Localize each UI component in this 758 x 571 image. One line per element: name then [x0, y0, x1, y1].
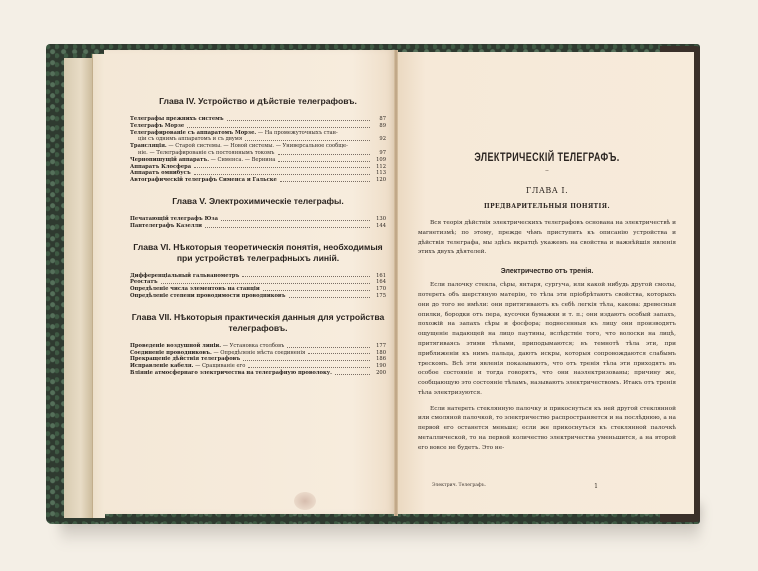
toc-page-number: 200 — [373, 370, 386, 377]
toc-entry-title: Опредѣленіе степени проводимости проводн… — [130, 293, 286, 300]
chapter-title: Глава V. Электрохимическіе телеграфы. — [130, 196, 386, 207]
dot-leader — [248, 367, 370, 368]
toc-entry: Телеграфы прежнихъ системъ87 — [130, 116, 386, 123]
toc-entry-title: ніе. — Телеграфированіе съ постояннымъ т… — [138, 150, 275, 157]
toc-entry: Пантелеграфъ Казелли144 — [130, 223, 386, 230]
toc-page-number: 87 — [373, 116, 386, 123]
toc-page-number: 164 — [373, 279, 386, 286]
toc-entry: Вліяніе атмосфернаго электричества на те… — [130, 370, 386, 377]
page-footer: Электрич. Телеграфъ. 1 — [432, 483, 678, 490]
toc-entry-subtopics: — Старой системы. — Новой системы. — Уни… — [167, 143, 348, 149]
toc-entry-main: Телеграфы прежнихъ системъ — [130, 116, 224, 122]
toc-entry: Дифференціальный гальванометръ161 — [130, 273, 386, 280]
dot-leader — [243, 360, 370, 361]
toc-entry-list: Телеграфы прежнихъ системъ87Телеграфъ Мо… — [130, 116, 386, 184]
dot-leader — [161, 283, 370, 284]
toc-page-number: 130 — [373, 216, 386, 223]
toc-entry-list: Проведеніе воздушной линіи. — Установка … — [130, 343, 386, 377]
chapter-one-page: ЭЛЕКТРИЧЕСКІЙ ТЕЛЕГРАФЪ. ~ ГЛАВА I. ПРЕД… — [418, 150, 676, 459]
toc-page-number: 112 — [373, 164, 386, 171]
toc-entry: Опредѣленіе степени проводимости проводн… — [130, 293, 386, 300]
toc-entry-main: Пантелеграфъ Казелли — [130, 223, 202, 229]
toc-page-number: 177 — [373, 343, 386, 350]
page-number: 1 — [594, 483, 598, 490]
toc-entry-title: Проведеніе воздушной линіи. — Установка … — [130, 343, 284, 350]
body-paragraph-1: Если палочку стекла, сѣры, янтаря, сургу… — [418, 281, 676, 399]
dot-leader — [205, 227, 370, 228]
dot-leader — [227, 120, 370, 121]
toc-entry-subtopics: — Сименса. — Вернина — [209, 157, 275, 163]
toc-page-number: 144 — [373, 223, 386, 230]
toc-entry-main: Чернопишущій аппаратъ. — [130, 157, 209, 163]
toc-entry-main: Исправленіе кабеля. — [130, 363, 193, 369]
toc-entry-list: Печатающій телеграфъ Юза130Пантелеграфъ … — [130, 216, 386, 230]
toc-entry-title: Автографическій телеграфъ Сименса и Галь… — [130, 177, 277, 184]
dot-leader — [289, 297, 371, 298]
library-stamp — [294, 492, 316, 510]
toc-page-number: 92 — [373, 136, 386, 143]
dot-leader — [221, 220, 370, 221]
toc-entry: Опредѣленіе числа элементовъ на станціи1… — [130, 286, 386, 293]
dot-leader — [335, 374, 370, 375]
dot-leader — [187, 127, 370, 128]
toc-entry-title: Телеграфъ Морзе — [130, 123, 184, 130]
toc-entry-title: Трансляція. — Старой системы. — Новой си… — [130, 143, 348, 150]
dot-leader — [263, 290, 370, 291]
toc-entry-main: Опредѣленіе степени проводимости проводн… — [130, 293, 286, 299]
toc-page-number: 89 — [373, 123, 386, 130]
toc-entry-title: Печатающій телеграфъ Юза — [130, 216, 218, 223]
toc-page-number: 97 — [373, 150, 386, 157]
toc-entry-title: Телеграфы прежнихъ системъ — [130, 116, 224, 123]
toc-page-number: 120 — [373, 177, 386, 184]
dot-leader — [278, 161, 370, 162]
subheading: Электричество отъ тренія. — [418, 268, 676, 275]
dot-leader — [287, 347, 370, 348]
toc-entry-main: Печатающій телеграфъ Юза — [130, 216, 218, 222]
toc-entry-main: Аппаратъ Клосфера — [130, 164, 191, 170]
toc-entry: ніе. — Телеграфированіе съ постояннымъ т… — [130, 150, 386, 157]
toc-entry-main: Соединеніе проводниковъ. — [130, 350, 212, 356]
dot-leader — [278, 154, 371, 155]
toc-page-number: 175 — [373, 293, 386, 300]
toc-entry: Чернопишущій аппаратъ. — Сименса. — Верн… — [130, 157, 386, 164]
toc-entry-main: Трансляція. — [130, 143, 167, 149]
toc-entry-main: Аппаратъ омнибусъ — [130, 170, 191, 176]
signature-mark: Электрич. Телеграфъ. — [432, 483, 486, 490]
toc-page-number: 180 — [373, 350, 386, 357]
intro-paragraph: Вся теорія дѣйствія электрическихъ телег… — [418, 219, 676, 258]
toc-entry-title: Опредѣленіе числа элементовъ на станціи — [130, 286, 260, 293]
toc-entry: Печатающій телеграфъ Юза130 — [130, 216, 386, 223]
toc-entry: Трансляція. — Старой системы. — Новой си… — [130, 143, 386, 150]
toc-entry-title: Чернопишущій аппаратъ. — Сименса. — Верн… — [130, 157, 275, 164]
toc-page-number: 190 — [373, 363, 386, 370]
toc-entry-main: Дифференціальный гальванометръ — [130, 273, 239, 279]
body-paragraph-2: Если натереть стеклянную палочку и прико… — [418, 405, 676, 454]
toc-entry-subtopics: ціи съ однимъ аппаратомъ и съ двумя — [138, 136, 242, 142]
toc-page-number: 161 — [373, 273, 386, 280]
dot-leader — [245, 140, 370, 141]
toc-entry-title: Исправленіе кабеля. — Сращиваніе его — [130, 363, 245, 370]
toc-entry-title: Телеграфированіе съ аппаратомъ Морзе. — … — [130, 130, 338, 137]
toc-entry-title: Пантелеграфъ Казелли — [130, 223, 202, 230]
dot-leader — [194, 167, 370, 168]
dot-leader — [308, 353, 370, 354]
toc-entry-main: Телеграфъ Морзе — [130, 123, 184, 129]
book-title: ЭЛЕКТРИЧЕСКІЙ ТЕЛЕГРАФЪ. — [450, 150, 644, 164]
toc-entry-title: Дифференціальный гальванометръ — [130, 273, 239, 280]
toc-entry: Телеграфированіе съ аппаратомъ Морзе. — … — [130, 130, 386, 137]
toc-entry-main: Телеграфированіе съ аппаратомъ Морзе. — [130, 130, 256, 136]
table-of-contents: Глава IV. Устройство и дѣйствіе телеграф… — [130, 96, 386, 389]
toc-entry-main: Реостатъ — [130, 279, 158, 285]
toc-entry-list: Дифференціальный гальванометръ161Реостат… — [130, 273, 386, 300]
toc-entry-subtopics: — Опредѣленіе мѣста соединенія — [212, 350, 305, 356]
toc-entry-main: Проведеніе воздушной линіи. — [130, 343, 221, 349]
chapter-title: Глава VII. Нѣкоторыя практическія данныя… — [130, 312, 386, 334]
toc-entry: Проведеніе воздушной линіи. — Установка … — [130, 343, 386, 350]
toc-entry: Исправленіе кабеля. — Сращиваніе его190 — [130, 363, 386, 370]
section-heading: ПРЕДВАРИТЕЛЬНЫЯ ПОНЯТІЯ. — [418, 203, 676, 210]
chapter-title: Глава VI. Нѣкоторыя теоретическія поняті… — [130, 242, 386, 264]
flyleaf — [64, 58, 93, 518]
chapter-heading: ГЛАВА I. — [418, 186, 676, 195]
toc-entry: Автографическій телеграфъ Сименса и Галь… — [130, 177, 386, 184]
dot-leader — [194, 174, 370, 175]
toc-entry-subtopics: — На промежуточныхъ стан- — [256, 130, 338, 136]
toc-entry-main: Вліяніе атмосфернаго электричества на те… — [130, 370, 332, 376]
ornament-divider: ~ — [418, 168, 676, 174]
toc-entry-subtopics: ніе. — Телеграфированіе съ постояннымъ т… — [138, 150, 275, 156]
toc-entry-subtopics: — Установка столбовъ — [221, 343, 284, 349]
dot-leader — [242, 276, 370, 277]
book-gutter — [394, 50, 398, 516]
toc-entry-main: Опредѣленіе числа элементовъ на станціи — [130, 286, 260, 292]
toc-entry-main: Прекращеніе дѣйствія телеграфовъ — [130, 356, 240, 362]
dot-leader — [280, 181, 370, 182]
toc-entry: Телеграфъ Морзе89 — [130, 123, 386, 130]
toc-entry-title: Вліяніе атмосфернаго электричества на те… — [130, 370, 332, 377]
toc-page-number: 170 — [373, 286, 386, 293]
toc-entry-subtopics: — Сращиваніе его — [193, 363, 245, 369]
toc-entry-main: Автографическій телеграфъ Сименса и Галь… — [130, 177, 277, 183]
toc-page-number: 113 — [373, 170, 386, 177]
chapter-title: Глава IV. Устройство и дѣйствіе телеграф… — [130, 96, 386, 107]
toc-page-number: 109 — [373, 157, 386, 164]
toc-page-number: 186 — [373, 356, 386, 363]
